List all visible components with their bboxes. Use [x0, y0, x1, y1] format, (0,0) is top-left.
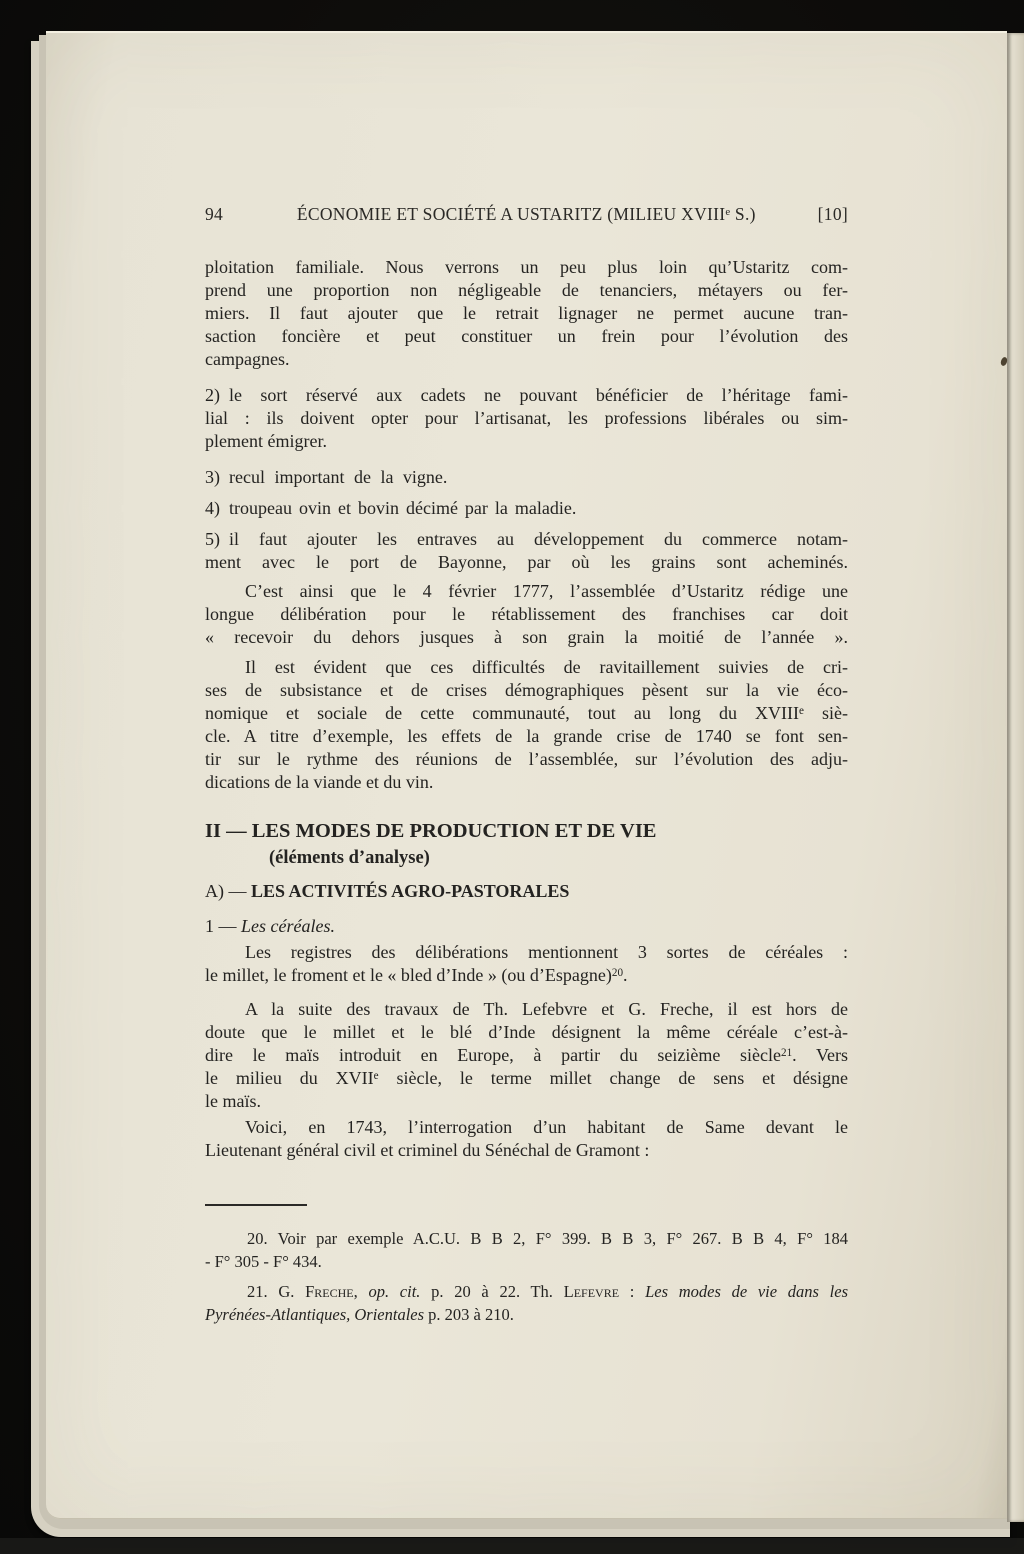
- superscript-ref: e: [374, 1070, 379, 1082]
- text-part: p. 20 à 22. Th.: [420, 1282, 563, 1301]
- text-line: le millet, le froment et le « bled d’Ind…: [205, 964, 848, 987]
- text-line: A la suite des travaux de Th. Lefebvre e…: [205, 998, 848, 1021]
- text-line: plement émigrer.: [205, 430, 848, 453]
- text-part: Les céréales.: [241, 916, 335, 936]
- text-line: nomique et sociale de cette communauté, …: [205, 702, 848, 725]
- text-line: cle. A titre d’exemple, les effets de la…: [205, 725, 848, 748]
- text-part: Freche: [305, 1282, 354, 1301]
- text-line: Pyrénées-Atlantiques, Orientales p. 203 …: [205, 1303, 848, 1326]
- section-heading-ii: II — LES MODES DE PRODUCTION ET DE VIE(é…: [205, 818, 848, 872]
- text-part: dire le maïs introduit en Europe, à part…: [205, 1045, 781, 1065]
- text-line: 1 — Les céréales.: [205, 915, 848, 938]
- paragraph-registres: Les registres des délibérations mentionn…: [205, 941, 848, 987]
- text-line: dications de la viande et du vin.: [205, 771, 848, 794]
- subsection-heading-a: A) — LES ACTIVITÉS AGRO-PASTORALES: [205, 880, 848, 903]
- text-part: nomique et sociale de cette communauté, …: [205, 703, 799, 723]
- text-part: ÉCONOMIE ET SOCIÉTÉ A USTARITZ (MILIEU X…: [297, 204, 726, 224]
- text-part: p. 203 à 210.: [424, 1305, 514, 1324]
- text-part: Les modes de vie dans les: [645, 1282, 848, 1301]
- list-item-3: 3) recul important de la vigne.: [205, 466, 848, 489]
- text-part: le milieu du XVII: [205, 1068, 374, 1088]
- paragraph-voici-1743: Voici, en 1743, l’interrogation d’un hab…: [205, 1116, 848, 1162]
- footnote-rule: [205, 1204, 307, 1206]
- text-part: A) —: [205, 881, 251, 901]
- list-item-2: 2) le sort réservé aux cadets ne pouvant…: [205, 384, 848, 453]
- text-line: ploitation familiale. Nous verrons un pe…: [205, 256, 848, 279]
- text-line: A) — LES ACTIVITÉS AGRO-PASTORALES: [205, 880, 848, 903]
- text-line: ses de subsistance et de crises démograp…: [205, 679, 848, 702]
- text-line: 21. G. Freche, op. cit. p. 20 à 22. Th. …: [205, 1280, 848, 1303]
- text-line: miers. Il faut ajouter que le retrait li…: [205, 302, 848, 325]
- text-line: lial : ils doivent opter pour l’artisana…: [205, 407, 848, 430]
- book-photo: 94 ÉCONOMIE ET SOCIÉTÉ A USTARITZ (MILIE…: [0, 0, 1024, 1554]
- text-line: Il est évident que ces difficultés de ra…: [205, 656, 848, 679]
- text-part: siè-: [804, 703, 848, 723]
- table-surface: [0, 1538, 1024, 1554]
- text-line: II — LES MODES DE PRODUCTION ET DE VIE: [205, 818, 848, 845]
- text-part: ,: [354, 1282, 369, 1301]
- text-line: doute que le millet et le blé d’Inde dés…: [205, 1021, 848, 1044]
- text-line: saction foncière et peut constituer un f…: [205, 325, 848, 348]
- text-part: .: [623, 965, 628, 985]
- running-title: ÉCONOMIE ET SOCIÉTÉ A USTARITZ (MILIEU X…: [245, 203, 808, 229]
- text-line: longue délibération pour le rétablisseme…: [205, 603, 848, 626]
- text-part: le millet, le froment et le « bled d’Ind…: [205, 965, 612, 985]
- footnote-21: 21. G. Freche, op. cit. p. 20 à 22. Th. …: [205, 1280, 848, 1326]
- subsection-heading-1-cereales: 1 — Les céréales.: [205, 915, 848, 938]
- text-line: Lieutenant général civil et criminel du …: [205, 1139, 848, 1162]
- page-header: 94 ÉCONOMIE ET SOCIÉTÉ A USTARITZ (MILIE…: [205, 203, 848, 226]
- paragraph-difficultes: Il est évident que ces difficultés de ra…: [205, 656, 848, 794]
- text-part: . Vers: [792, 1045, 848, 1065]
- text-line: 3) recul important de la vigne.: [205, 466, 848, 489]
- text-part: S.): [730, 204, 756, 224]
- superscript-ref: e: [725, 206, 730, 218]
- text-line: 2) le sort réservé aux cadets ne pouvant…: [205, 384, 848, 407]
- text-part: Lefevre: [564, 1282, 619, 1301]
- paragraph-continuation: ploitation familiale. Nous verrons un pe…: [205, 256, 848, 371]
- text-part: :: [619, 1282, 645, 1301]
- text-column: 94 ÉCONOMIE ET SOCIÉTÉ A USTARITZ (MILIE…: [205, 203, 848, 1326]
- facing-page-edge: [1007, 33, 1024, 1522]
- footnote-20: 20. Voir par exemple A.C.U. B B 2, F° 39…: [205, 1227, 848, 1273]
- text-line: 4) troupeau ovin et bovin décimé par la …: [205, 497, 848, 520]
- folio-number: [10]: [818, 203, 848, 226]
- paragraph-fevrier-1777: C’est ainsi que le 4 février 1777, l’ass…: [205, 580, 848, 649]
- text-line: C’est ainsi que le 4 février 1777, l’ass…: [205, 580, 848, 603]
- paragraph-travaux: A la suite des travaux de Th. Lefebvre e…: [205, 998, 848, 1113]
- text-line: le maïs.: [205, 1090, 848, 1113]
- superscript-ref: 21: [781, 1047, 792, 1059]
- text-line: ment avec le port de Bayonne, par où les…: [205, 551, 848, 574]
- text-line: (éléments d’analyse): [205, 845, 848, 872]
- text-part: 21. G.: [247, 1282, 305, 1301]
- text-line: dire le maïs introduit en Europe, à part…: [205, 1044, 848, 1067]
- text-line: tir sur le rythme des réunions de l’asse…: [205, 748, 848, 771]
- text-line: 5) il faut ajouter les entraves au dével…: [205, 528, 848, 551]
- page-number: 94: [205, 203, 245, 226]
- text-line: Voici, en 1743, l’interrogation d’un hab…: [205, 1116, 848, 1139]
- text-part: op. cit.: [368, 1282, 420, 1301]
- list-item-4: 4) troupeau ovin et bovin décimé par la …: [205, 497, 848, 520]
- superscript-ref: e: [799, 705, 804, 717]
- superscript-ref: 20: [612, 967, 623, 979]
- text-line: prend une proportion non négligeable de …: [205, 279, 848, 302]
- text-line: campagnes.: [205, 348, 848, 371]
- text-line: le milieu du XVIIe siècle, le terme mill…: [205, 1067, 848, 1090]
- text-part: LES ACTIVITÉS AGRO-PASTORALES: [251, 881, 569, 901]
- text-part: siècle, le terme millet change de sens e…: [379, 1068, 848, 1088]
- text-part: Pyrénées-Atlantiques, Orientales: [205, 1305, 424, 1324]
- text-part: 1 —: [205, 916, 241, 936]
- text-line: « recevoir du dehors jusques à son grain…: [205, 626, 848, 649]
- list-item-5: 5) il faut ajouter les entraves au dével…: [205, 528, 848, 574]
- text-line: Les registres des délibérations mentionn…: [205, 941, 848, 964]
- text-line: 20. Voir par exemple A.C.U. B B 2, F° 39…: [205, 1227, 848, 1250]
- text-line: - F° 305 - F° 434.: [205, 1250, 848, 1273]
